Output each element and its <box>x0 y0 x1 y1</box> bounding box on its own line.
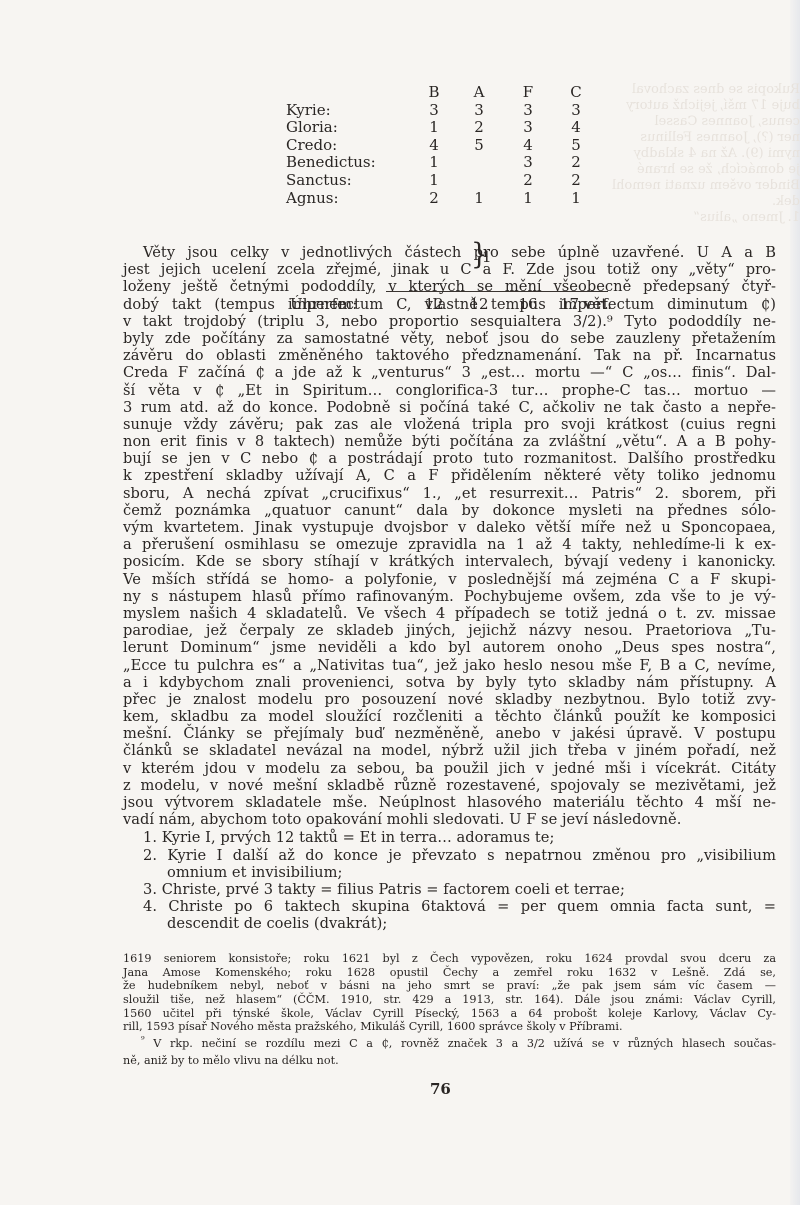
footnote-line: sloužil tiše, než hlasem“ (ČČM. 1910, st… <box>123 993 776 1007</box>
show-through-line: Rukopis se dnes zachoval <box>600 82 800 98</box>
show-through-line: je domácích, že se hrané <box>600 162 800 178</box>
text-line: vým kvartetem. Jinak vystupuje dvojsbor … <box>123 519 776 536</box>
text-line: Creda F začíná ₵ a jde až k „venturus“ 3… <box>123 364 776 381</box>
cell: 1 <box>424 119 444 137</box>
text-line: non erit finis v 8 taktech) nemůže býti … <box>123 433 776 450</box>
list-item-continuation: descendit de coelis (dvakrát); <box>123 915 776 932</box>
text-line: článků se skladatel nevázal na model, ný… <box>123 742 776 759</box>
text-line: myslem našich 4 skladatelů. Ve všech 4 p… <box>123 605 776 622</box>
cell: 5 <box>566 137 586 155</box>
cell: 1 <box>469 190 489 208</box>
footnotes: 1619 seniorem konsistoře; roku 1621 byl … <box>123 952 776 1068</box>
text-line: k zpestření skladby užívají A, C a F při… <box>123 467 776 484</box>
footnote-line: že hudebníkem nebyl, neboť v básni na je… <box>123 979 776 993</box>
row-label: Credo: <box>286 137 337 155</box>
footnote-line: rill, 1593 písař Nového města pražského,… <box>123 1020 776 1034</box>
footnote-9-text: V rkp. nečiní se rozdílu mezi C a ₵, rov… <box>153 1037 776 1050</box>
text-line: dobý takt (tempus imperfectum C, vlastně… <box>123 296 776 313</box>
text-line: ny s nástupem hlasů přímo rafinovaným. P… <box>123 588 776 605</box>
list-item: 1. Kyrie I, prvých 12 taktů = Et in terr… <box>123 829 776 846</box>
show-through-line: cenus, Joannes Cassel <box>600 114 800 130</box>
column-header-a: A <box>469 84 489 102</box>
cell: 3 <box>518 119 538 137</box>
footnote-line: 1560 učitel při týnské škole, Václav Cyr… <box>123 1007 776 1021</box>
cell: 5 <box>469 137 489 155</box>
text-line: jest jejich ucelení zcela zřejmé, jinak … <box>123 261 776 278</box>
cell: 1 <box>566 190 586 208</box>
text-line: parodiae, jež čerpaly ze skladeb jiných,… <box>123 622 776 639</box>
list-item: 4. Christe po 6 taktech skupina 6taktová… <box>123 898 776 915</box>
cell: 1 <box>424 154 444 172</box>
text-line: a i kdybychom znali provenienci, sotva b… <box>123 674 776 691</box>
text-line: a přerušení osmihlasu se omezuje zpravid… <box>123 536 776 553</box>
text-line: ší věta v ₵ „Et in Spiritum… conglorific… <box>123 382 776 399</box>
text-line: vadí nám, abychom toto opakování mohli s… <box>123 811 776 828</box>
text-line: mešní. Články se přejímaly buď nezměněně… <box>123 725 776 742</box>
cell: 1 <box>518 190 538 208</box>
text-line: kem, skladbu za model sloužící rozčlenit… <box>123 708 776 725</box>
row-label: Gloria: <box>286 119 338 137</box>
show-through-line: buje 17 mší, jejichž autory <box>600 98 800 114</box>
cell: 4 <box>424 137 444 155</box>
text-line: v takt trojdobý (triplu 3, nebo proporti… <box>123 313 776 330</box>
correspondence-list: 1. Kyrie I, prvých 12 taktů = Et in terr… <box>123 829 776 932</box>
footnote-9: ⁹ V rkp. nečiní se rozdílu mezi C a ₵, r… <box>123 1037 776 1051</box>
row-label: Kyrie: <box>286 102 331 120</box>
show-through-line: nymi (9). Až na 4 skladby <box>600 146 800 162</box>
body-text: Věty jsou celky v jednotlivých částech p… <box>123 244 776 933</box>
show-through-line: dek. <box>600 194 800 210</box>
row-label: Sanctus: <box>286 172 352 190</box>
text-line: bují se jen v C nebo ₵ a postrádají prot… <box>123 450 776 467</box>
text-line: jsou výtvorem skladatele mše. Neúplnost … <box>123 794 776 811</box>
text-line: v kterém jdou v modelu za sebou, ba použ… <box>123 760 776 777</box>
text-line: závěru do oblasti změněného taktového př… <box>123 347 776 364</box>
cell: 3 <box>518 154 538 172</box>
cell: 3 <box>424 102 444 120</box>
footnote-line: ně, aniž by to mělo vlivu na délku not. <box>123 1054 776 1068</box>
cell: 2 <box>566 154 586 172</box>
footnote-line: Jana Amose Komenského; roku 1628 opustil… <box>123 966 776 980</box>
text-line: loženy ještě četnými pododdíly, v kterýc… <box>123 278 776 295</box>
cell: 4 <box>518 137 538 155</box>
cell: 2 <box>566 172 586 190</box>
cell: 3 <box>469 102 489 120</box>
scanned-book-page: Rukopis se dnes zachoval buje 17 mší, je… <box>0 0 800 1205</box>
column-header-c: C <box>566 84 586 102</box>
footnote-line: 1619 seniorem konsistoře; roku 1621 byl … <box>123 952 776 966</box>
show-through-line: 1. Jmeno „alius“ <box>600 210 800 226</box>
text-line: sboru, A nechá zpívat „crucifixus“ 1., „… <box>123 485 776 502</box>
column-header-b: B <box>424 84 444 102</box>
text-line: lerunt Dominum“ jsme neviděli a kdo byl … <box>123 639 776 656</box>
cell: 2 <box>518 172 538 190</box>
text-line: posicím. Kde se sbory stíhají v krátkých… <box>123 553 776 570</box>
text-line: Ve mších střídá se homo- a polyfonie, v … <box>123 571 776 588</box>
cell: 3 <box>518 102 538 120</box>
text-line: sunuje vždy závěru; pak zas ale vložená … <box>123 416 776 433</box>
list-item-continuation: omnium et invisibilium; <box>123 864 776 881</box>
footnote-marker: ⁹ <box>141 1035 145 1045</box>
column-header-f: F <box>518 84 538 102</box>
show-through-line: ner (?), Joannes Fellinus <box>600 130 800 146</box>
show-through-line: Binder ovšem uznati nemohl <box>600 178 800 194</box>
row-label: Benedictus: <box>286 154 376 172</box>
cell: 1 <box>424 172 444 190</box>
row-label: Agnus: <box>286 190 339 208</box>
cell: 3 <box>566 102 586 120</box>
show-through-text: Rukopis se dnes zachoval buje 17 mší, je… <box>600 82 800 232</box>
text-line: čemž poznámka „quatuor canunt“ dala by d… <box>123 502 776 519</box>
text-line: „Ecce tu pulchra es“ a „Nativitas tua“, … <box>123 657 776 674</box>
text-line: 3 rum atd. až do konce. Podobně si počín… <box>123 399 776 416</box>
page-number: 76 <box>430 1080 451 1098</box>
list-item: 3. Christe, prvé 3 takty = filius Patris… <box>123 881 776 898</box>
list-item: 2. Kyrie I další až do konce je převzato… <box>123 847 776 864</box>
text-line: Věty jsou celky v jednotlivých částech p… <box>123 244 776 261</box>
text-line: přec je znalost modelu pro posouzení nov… <box>123 691 776 708</box>
cell: 4 <box>566 119 586 137</box>
cell: 2 <box>424 190 444 208</box>
cell: 2 <box>469 119 489 137</box>
text-line: byly zde počítány za samostatné věty, ne… <box>123 330 776 347</box>
text-line: z modelu, v nové mešní skladbě různě roz… <box>123 777 776 794</box>
